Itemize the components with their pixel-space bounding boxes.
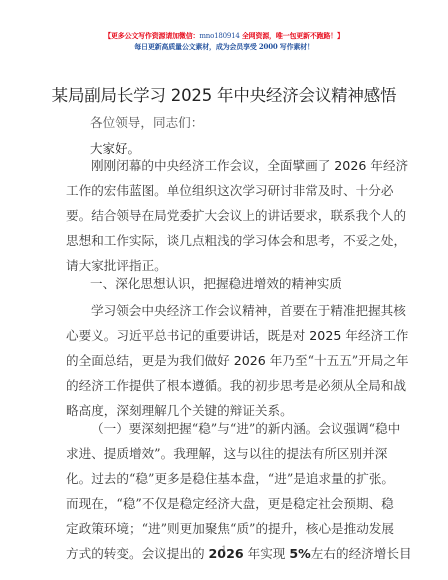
text-line: 的全面总结，更是为我们做好 2026 年乃至“十五五”开局之年 xyxy=(66,348,382,373)
text-line: 工作的宏伟蓝图。单位组织这次学习研讨非常及时、十分必 xyxy=(66,178,382,203)
text-line: 定政策环境；“进”则更加聚焦“质”的提升，核心是推动发展 xyxy=(66,516,382,541)
promo-line-1-prefix: 【更多公文写作资源请加微信： xyxy=(104,31,199,40)
paragraph-section-1: 学习领会中央经济工作会议精神，首要在于精准把握其核 心要义。习近平总书记的重要讲… xyxy=(66,298,382,423)
promo-line-2: 每日更新高质量公文素材，成为会员享受 2000 写作素材！ xyxy=(0,42,448,52)
promo-line-1-suffix: 全网资源，唯一包更新不跑路！】 xyxy=(240,31,344,40)
paragraph-intro: 刚刚闭幕的中央经济工作会议，全面擘画了 2026 年经济 工作的宏伟蓝图。单位组… xyxy=(66,153,382,278)
section-heading-1: 一、深化思想认识，把握稳进增效的精神实质 xyxy=(90,271,406,296)
text-line: 学习领会中央经济工作会议精神，首要在于精准把握其核 xyxy=(66,298,382,323)
document-title: 某局副局长学习 2025 年中央经济会议精神感悟 xyxy=(0,82,448,106)
salutation: 各位领导，同志们： xyxy=(90,110,406,135)
text-line: 刚刚闭幕的中央经济工作会议，全面擘画了 2026 年经济 xyxy=(66,153,382,178)
text-line: 而现在，“稳”不仅是稳定经济大盘，更是稳定社会预期、稳 xyxy=(66,491,382,516)
wechat-id: mno180914 xyxy=(199,32,239,40)
page-number: 1 xyxy=(0,545,448,554)
text-line: 心要义。习近平总书记的重要讲话，既是对 2025 年经济工作 xyxy=(66,323,382,348)
text-line: 要。结合领导在局党委扩大会议上的讲话要求，联系我个人的 xyxy=(66,203,382,228)
text-line: 的经济工作提供了根本遵循。我的初步思考是必须从全局和战 xyxy=(66,373,382,398)
text-line: （一）要深刻把握“稳”与“进”的新内涵。会议强调“稳中 xyxy=(66,416,382,441)
paragraph-subsection-1: （一）要深刻把握“稳”与“进”的新内涵。会议强调“稳中 求进、提质增效”。我理解… xyxy=(66,416,382,566)
text-line: 思想和工作实际，谈几点粗浅的学习体会和思考，不妥之处， xyxy=(66,228,382,253)
text-line: 求进、提质增效”。我理解，这与以往的提法有所区别并深 xyxy=(66,441,382,466)
promo-line-1: 【更多公文写作资源请加微信：mno180914 全网资源，唯一包更新不跑路！】 xyxy=(0,31,448,41)
text-line: 化。过去的“稳”更多是稳住基本盘，“进”是追求量的扩张。 xyxy=(66,466,382,491)
